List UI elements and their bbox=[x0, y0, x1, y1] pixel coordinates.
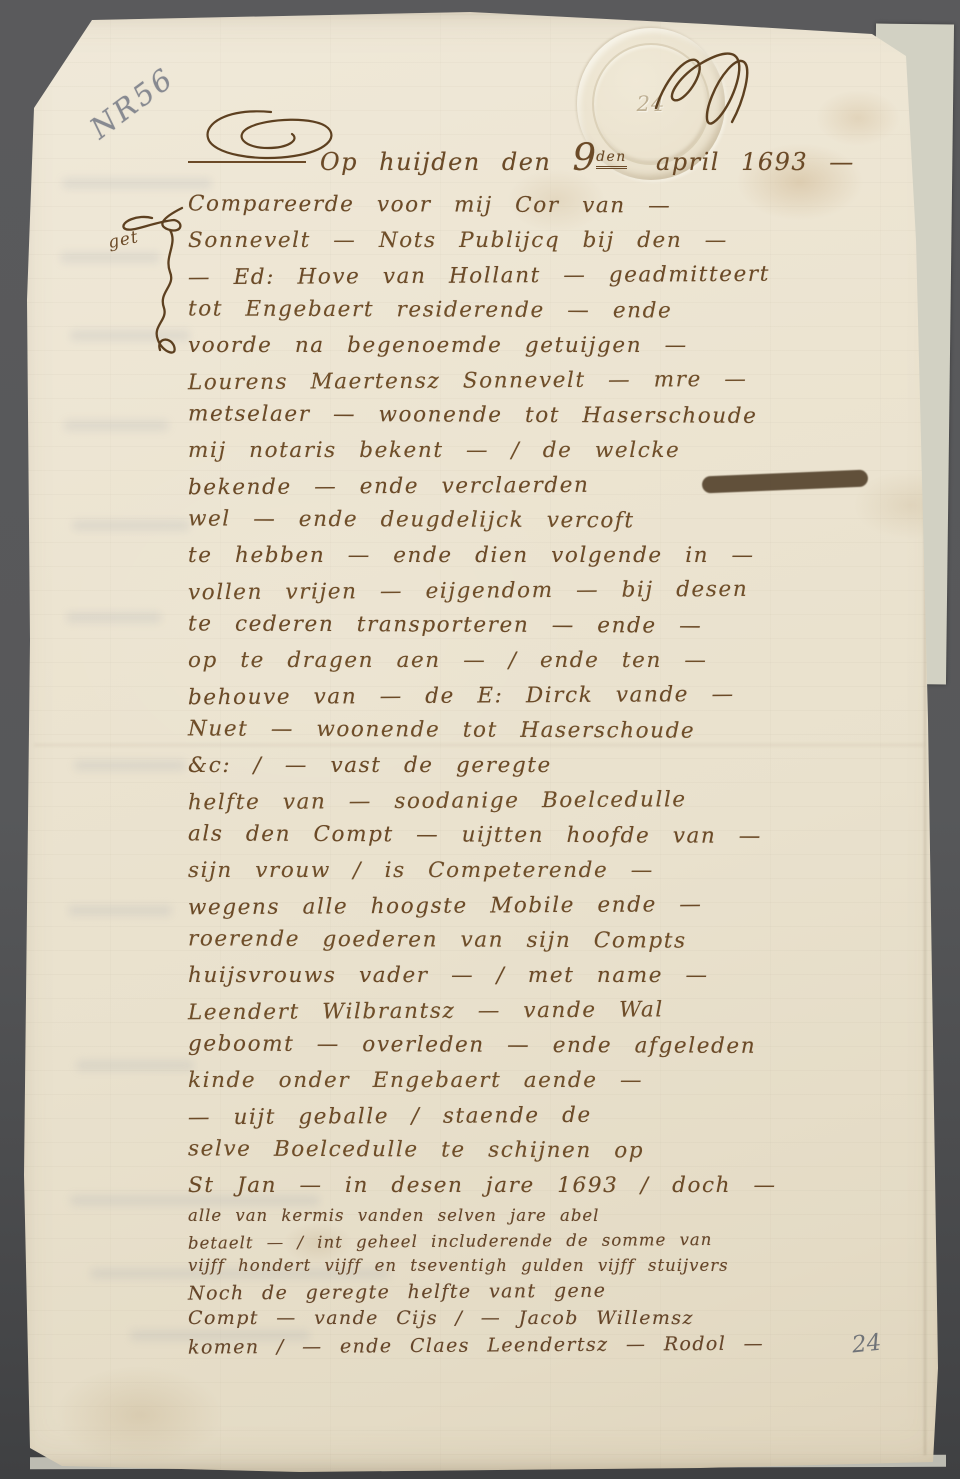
bleedthrough-mark bbox=[74, 760, 186, 771]
manuscript-line: &c: / — vast de geregte bbox=[188, 748, 936, 783]
manuscript-line: te cederen transporteren — ende — bbox=[188, 606, 936, 644]
bleedthrough-mark bbox=[68, 905, 172, 916]
manuscript-line: als den Compt — uijtten hoofde van — bbox=[188, 816, 936, 854]
body-lines: Compareerde voor mij Cor van —Sonnevelt … bbox=[188, 188, 936, 1203]
manuscript-line: behouve van — de E: Dirck vande — bbox=[188, 676, 936, 716]
scan-background: 24 NR56 get Op huijden den bbox=[0, 0, 960, 1479]
manuscript-line: St Jan — in desen jare 1693 / doch — bbox=[188, 1168, 936, 1203]
manuscript-line: Sonnevelt — Nots Publijcq bij den — bbox=[188, 223, 936, 258]
manuscript-line: wel — ende deugdelijck vercoft bbox=[188, 501, 936, 539]
notary-paraph-flourish bbox=[648, 46, 768, 136]
archive-number-annotation: NR56 bbox=[83, 60, 180, 145]
manuscript-line: te hebben — ende dien volgende in — bbox=[188, 538, 936, 573]
manuscript-line: — Ed: Hove van Hollant — geadmitteert bbox=[188, 256, 936, 296]
manuscript-line: huijsvrouws vader — / met name — bbox=[188, 958, 936, 993]
manuscript-line: voorde na begenoemde getuijgen — bbox=[188, 328, 936, 363]
page-number-annotation: 24 bbox=[851, 1330, 883, 1359]
date-rest: april 1693 — bbox=[656, 148, 855, 176]
manuscript-line: Noch de geregte helfte vant gene bbox=[188, 1275, 936, 1307]
manuscript-line: Compareerde voor mij Cor van — bbox=[188, 186, 936, 224]
bleedthrough-mark bbox=[66, 612, 162, 623]
manuscript-line: sijn vrouw / is Competerende — bbox=[188, 853, 936, 888]
manuscript-line: kinde onder Engebaert aende — bbox=[188, 1063, 936, 1098]
manuscript-line: Leendert Wilbrantsz — vande Wal bbox=[188, 991, 936, 1031]
document-page: 24 NR56 get Op huijden den bbox=[0, 0, 960, 1479]
manuscript-line: wegens alle hoogste Mobile ende — bbox=[188, 886, 936, 926]
lead-dash bbox=[188, 161, 306, 163]
manuscript-line: metselaer — woonende tot Haserschoude bbox=[188, 396, 936, 434]
manuscript-line: tot Engebaert residerende — ende bbox=[188, 291, 936, 329]
manuscript-line: Lourens Maertensz Sonnevelt — mre — bbox=[188, 361, 936, 401]
manuscript-line: Compt — vande Cijs / — Jacob Willemsz bbox=[188, 1305, 936, 1332]
closing-lines: alle van kermis vanden selven jare abelb… bbox=[188, 1203, 936, 1359]
manuscript-line: komen / — ende Claes Leendertsz — Rodol … bbox=[188, 1329, 936, 1361]
manuscript-line: betaelt — / int geheel includerende de s… bbox=[188, 1225, 936, 1255]
manuscript-text-block: Op huijden den 9den april 1693 — Compare… bbox=[188, 136, 936, 1359]
date-day: 9 bbox=[573, 136, 597, 179]
manuscript-line: op te dragen aen — / ende ten — bbox=[188, 643, 936, 678]
manuscript-line: Nuet — woonende tot Haserschoude bbox=[188, 711, 936, 749]
date-line: Op huijden den 9den april 1693 — bbox=[188, 136, 936, 188]
manuscript-line: alle van kermis vanden selven jare abel bbox=[188, 1203, 936, 1228]
manuscript-line: roerende goederen van sijn Compts bbox=[188, 921, 936, 959]
bleedthrough-mark bbox=[76, 1060, 194, 1071]
manuscript-line: vijff hondert vijff en tseventigh gulden… bbox=[188, 1253, 936, 1278]
manuscript-line: vollen vrijen — eijgendom — bij desen bbox=[188, 571, 936, 611]
bleedthrough-mark bbox=[64, 420, 169, 431]
manuscript-line: selve Boelcedulle te schijnen op bbox=[188, 1131, 936, 1169]
manuscript-line: geboomt — overleden — ende afgeleden bbox=[188, 1026, 936, 1064]
date-day-suffix: den bbox=[596, 149, 627, 169]
manuscript-line: mij notaris bekent — / de welcke bbox=[188, 433, 936, 468]
bleedthrough-mark bbox=[72, 520, 190, 531]
manuscript-line: helfte van — soodanige Boelcedulle bbox=[188, 781, 936, 821]
date-prefix: Op huijden den bbox=[320, 148, 551, 176]
manuscript-line: — uijt geballe / staende de bbox=[188, 1096, 936, 1136]
